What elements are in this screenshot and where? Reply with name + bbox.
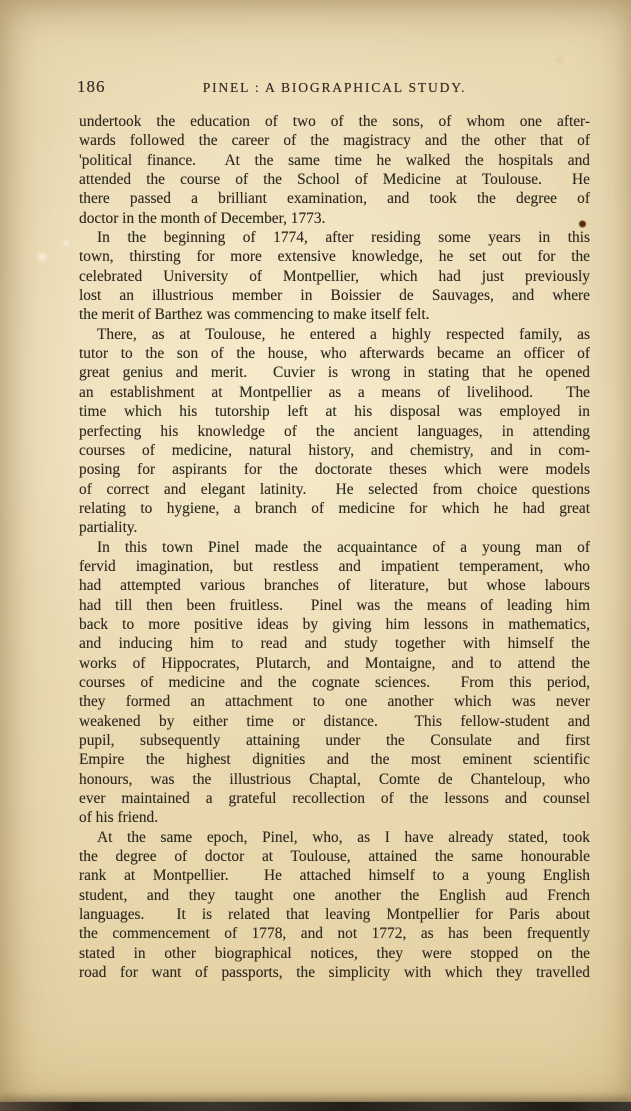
- text-line: there passed a brilliant examination, an…: [79, 189, 590, 208]
- text-line: the commencement of 1778, and not 1772, …: [79, 924, 590, 943]
- text-line: fervid imagination, but restless and imp…: [79, 557, 590, 576]
- paragraph: undertook the education of two of the so…: [79, 112, 590, 228]
- text-line: ever maintained a grateful recollection …: [79, 789, 590, 808]
- text-line: languages. It is related that leaving Mo…: [79, 905, 590, 924]
- text-line: relating to hygiene, a branch of medicin…: [79, 499, 590, 518]
- text-line: courses of medicine and the cognate scie…: [79, 673, 590, 692]
- text-line: undertook the education of two of the so…: [79, 112, 590, 131]
- text-line: posing for aspirants for the doctorate t…: [79, 460, 590, 479]
- text-line: student, and they taught one another the…: [79, 886, 590, 905]
- paragraph: In this town Pinel made the acquaintance…: [79, 538, 590, 828]
- paragraph: At the same epoch, Pinel, who, as I have…: [79, 828, 590, 983]
- text-line: an establishment at Montpellier as a mea…: [79, 383, 590, 402]
- text-line: pupil, subsequently attaining under the …: [79, 731, 590, 750]
- page-text: undertook the education of two of the so…: [79, 112, 590, 982]
- text-line: time which his tutorship left at his dis…: [79, 402, 590, 421]
- text-line: town, thirsting for more extensive knowl…: [79, 247, 590, 266]
- text-line: 'political finance. At the same time he …: [79, 151, 590, 170]
- text-line: attended the course of the School of Med…: [79, 170, 590, 189]
- text-line: road for want of passports, the simplici…: [79, 963, 590, 982]
- text-line: stated in other biographical notices, th…: [79, 944, 590, 963]
- text-line: Empire the highest dignities and the mos…: [79, 750, 590, 769]
- text-line: celebrated University of Montpellier, wh…: [79, 267, 590, 286]
- text-line: lost an illustrious member in Boissier d…: [79, 286, 590, 305]
- running-title: PINEL : A BIOGRAPHICAL STUDY.: [79, 80, 590, 96]
- text-line: had till then been fruitless. Pinel was …: [79, 596, 590, 615]
- book-page-scan: 186 PINEL : A BIOGRAPHICAL STUDY. undert…: [0, 0, 631, 1111]
- text-line: courses of medicine, natural history, an…: [79, 441, 590, 460]
- text-line: and inducing him to read and study toget…: [79, 634, 590, 653]
- text-line: At the same epoch, Pinel, who, as I have…: [79, 828, 590, 847]
- paragraph: In the beginning of 1774, after residing…: [79, 228, 590, 325]
- text-line: of his friend.: [79, 808, 590, 827]
- text-line: partiality.: [79, 518, 590, 537]
- text-line: back to more positive ideas by giving hi…: [79, 615, 590, 634]
- text-line: In the beginning of 1774, after residing…: [79, 228, 590, 247]
- text-line: had attempted various branches of litera…: [79, 576, 590, 595]
- text-line: honours, was the illustrious Chaptal, Co…: [79, 770, 590, 789]
- text-line: doctor in the month of December, 1773.: [79, 209, 590, 228]
- text-line: In this town Pinel made the acquaintance…: [79, 538, 590, 557]
- text-line: great genius and merit. Cuvier is wrong …: [79, 363, 590, 382]
- text-line: works of Hippocrates, Plutarch, and Mont…: [79, 654, 590, 673]
- text-line: the degree of doctor at Toulouse, attain…: [79, 847, 590, 866]
- ink-spot: [578, 220, 587, 228]
- text-line: the merit of Barthez was commencing to m…: [79, 305, 590, 324]
- text-line: There, as at Toulouse, he entered a high…: [79, 325, 590, 344]
- text-line: of correct and elegant latinity. He sele…: [79, 480, 590, 499]
- text-line: tutor to the son of the house, who after…: [79, 344, 590, 363]
- text-line: wards followed the career of the magistr…: [79, 131, 590, 150]
- text-line: perfecting his knowledge of the ancient …: [79, 422, 590, 441]
- paragraph: There, as at Toulouse, he entered a high…: [79, 325, 590, 538]
- text-line: rank at Montpellier. He attached himself…: [79, 866, 590, 885]
- text-line: weakened by either time or distance. Thi…: [79, 712, 590, 731]
- page-bottom-edge: [0, 1101, 631, 1111]
- text-line: they formed an attachment to one another…: [79, 692, 590, 711]
